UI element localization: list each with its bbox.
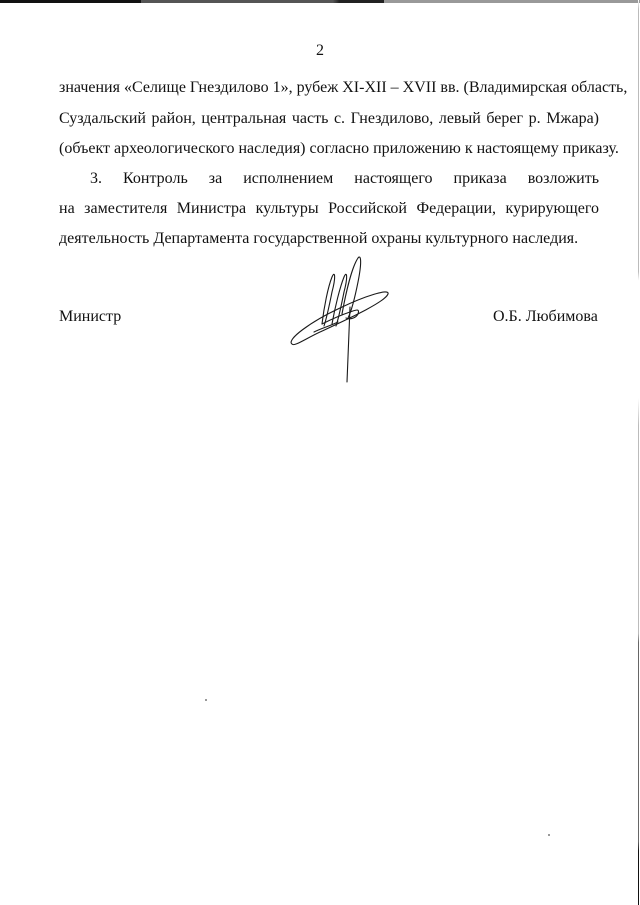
paragraph-line: 3. Контроль за исполнением настоящего пр… (90, 169, 599, 189)
paragraph-line: деятельность Департамента государственно… (59, 229, 599, 249)
position-title: Министр (59, 307, 121, 327)
paragraph-line: (объект археологического наследия) согла… (59, 139, 599, 159)
paragraph-line: Суздальский район, центральная часть с. … (59, 109, 599, 129)
paragraph-line: значения «Селище Гнездилово 1», рубеж XI… (59, 78, 599, 98)
scan-speck (205, 699, 207, 701)
scan-right-edge (638, 0, 639, 905)
scan-top-edge (0, 0, 640, 3)
page-number: 2 (0, 42, 640, 60)
paragraph-line: на заместителя Министра культуры Российс… (59, 199, 599, 219)
scan-speck (548, 834, 550, 836)
signature-icon (280, 252, 400, 392)
signer-name: О.Б. Любимова (493, 307, 598, 327)
